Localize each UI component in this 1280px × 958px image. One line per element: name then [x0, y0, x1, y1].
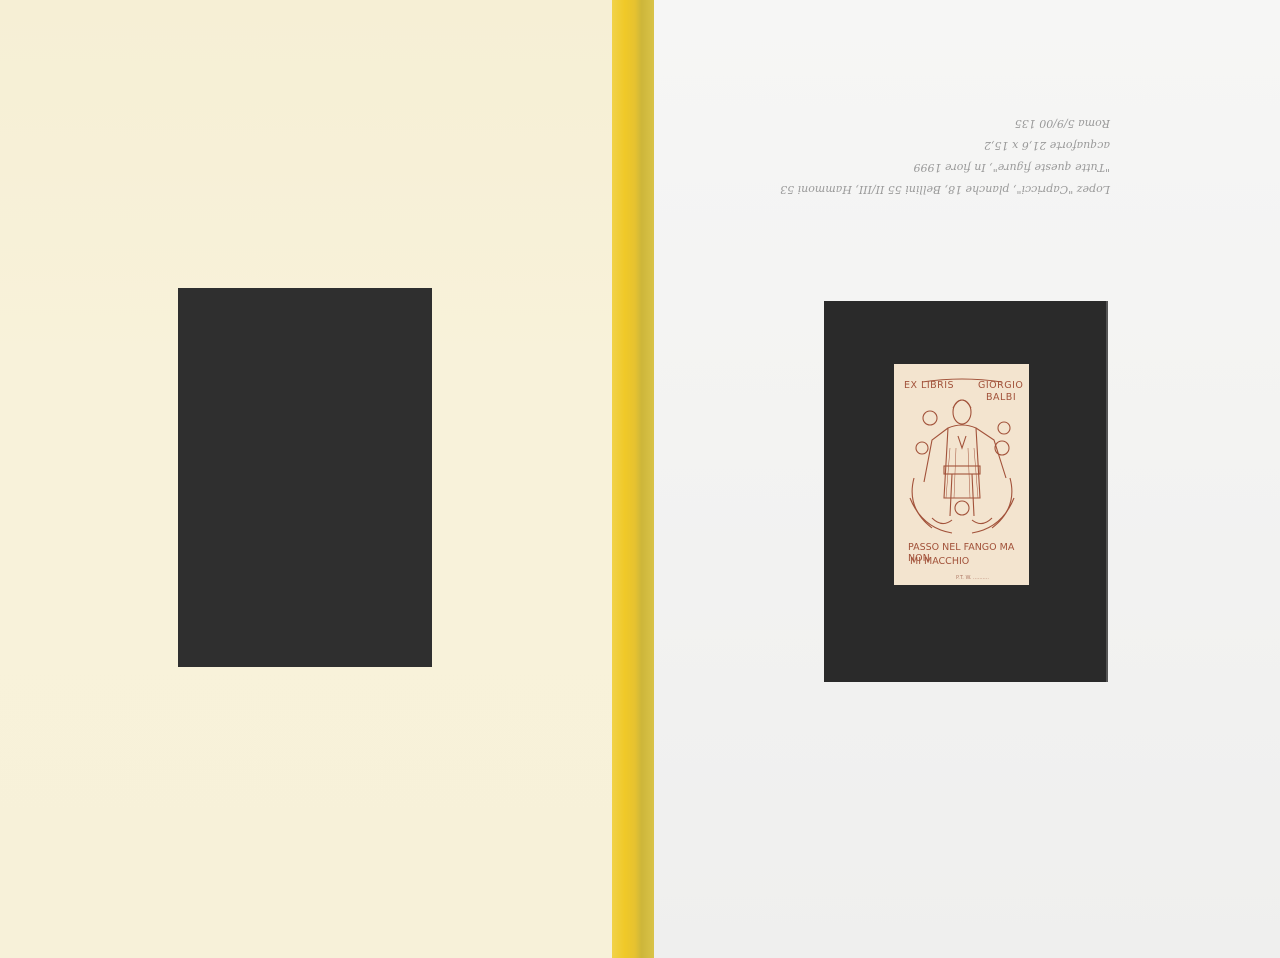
left-folder-page	[0, 0, 614, 958]
note-line: Lopez "Capricci", planche 18, Bellini 55…	[730, 178, 1110, 200]
note-line: acquaforte 21,6 x 15,2	[730, 134, 1110, 156]
pencil-annotations: Lopez "Capricci", planche 18, Bellini 55…	[730, 110, 1110, 200]
note-line: "Tutte queste figure", In fiore 1999	[730, 156, 1110, 178]
ex-libris-bookplate: EX LIBRIS GIORGIO BALBI PASSO NEL FANGO …	[894, 364, 1029, 585]
owner-last-name: BALBI	[986, 392, 1016, 403]
folder-spine	[612, 0, 654, 958]
note-line: Roma 5/9/00 135	[730, 112, 1110, 134]
ex-libris-title: EX LIBRIS	[904, 380, 954, 391]
motto-line-2: MI MACCHIO	[910, 556, 969, 567]
owner-first-name: GIORGIO	[978, 380, 1023, 391]
empty-black-mount	[178, 288, 432, 667]
artist-signature: P.T. W. ..........	[956, 575, 989, 581]
